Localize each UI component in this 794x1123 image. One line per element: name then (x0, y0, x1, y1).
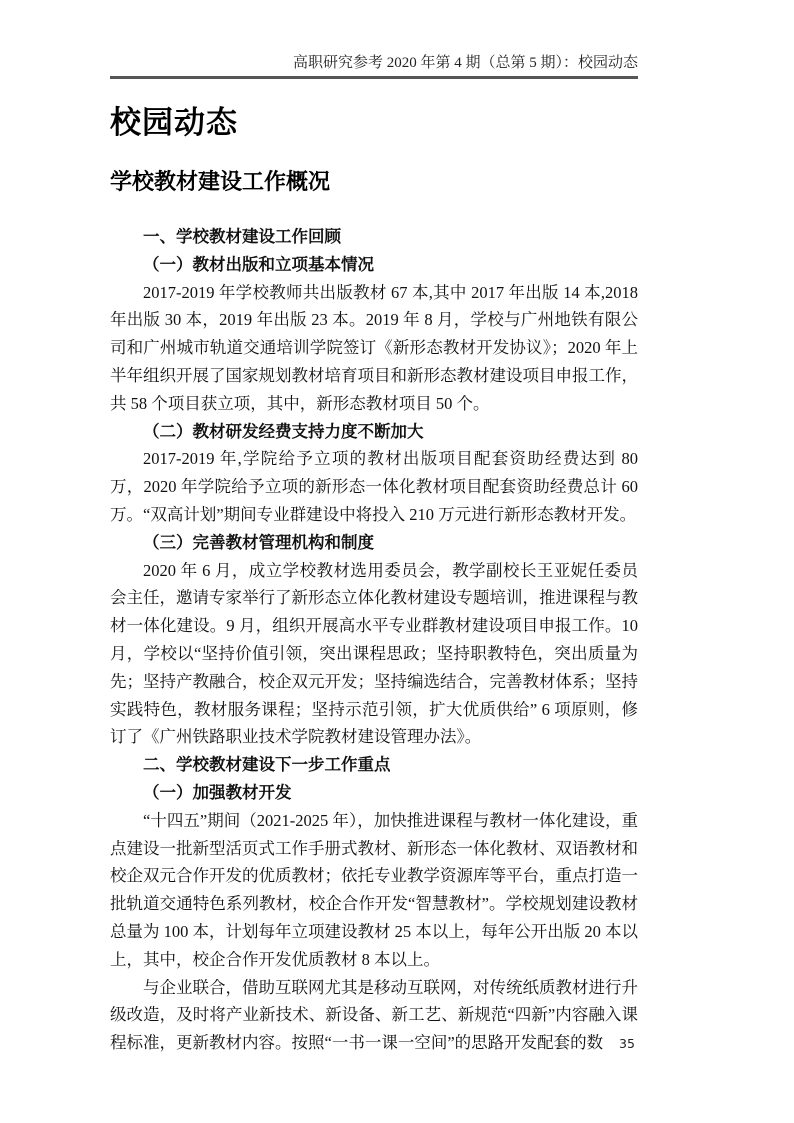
document-page: 高职研究参考 2020 年第 4 期（总第 5 期）：校园动态 校园动态 学校教… (0, 0, 794, 1123)
running-header: 高职研究参考 2020 年第 4 期（总第 5 期）：校园动态 (110, 54, 638, 79)
article-body: 一、学校教材建设工作回顾 （一）教材出版和立项基本情况 2017-2019 年学… (110, 223, 638, 1057)
heading-1-1: （一）教材出版和立项基本情况 (110, 251, 638, 279)
paragraph-publishing: 2017-2019 年学校教师共出版教材 67 本,其中 2017 年出版 14… (110, 279, 638, 418)
paragraph-enterprise: 与企业联合，借助互联网尤其是移动互联网，对传统纸质教材进行升级改造，及时将产业新… (110, 974, 638, 1057)
running-header-text: 高职研究参考 2020 年第 4 期（总第 5 期）：校园动态 (293, 55, 638, 71)
heading-1-3: （三）完善教材管理机构和制度 (110, 529, 638, 557)
paragraph-management: 2020 年 6 月，成立学校教材选用委员会，教学副校长王亚妮任委员会主任，邀请… (110, 557, 638, 752)
heading-1-2: （二）教材研发经费支持力度不断加大 (110, 418, 638, 446)
content-column: 高职研究参考 2020 年第 4 期（总第 5 期）：校园动态 校园动态 学校教… (110, 0, 638, 1057)
page-number: 35 (615, 1036, 639, 1051)
paragraph-plan: “十四五”期间（2021-2025 年），加快推进课程与教材一体化建设，重点建设… (110, 807, 638, 974)
paragraph-funding: 2017-2019 年,学院给予立项的教材出版项目配套资助经费达到 80 万，2… (110, 445, 638, 528)
heading-part-2: 二、学校教材建设下一步工作重点 (110, 751, 638, 779)
section-title: 校园动态 (110, 106, 638, 141)
heading-2-1: （一）加强教材开发 (110, 779, 638, 807)
heading-part-1: 一、学校教材建设工作回顾 (110, 223, 638, 251)
article-title: 学校教材建设工作概况 (110, 170, 638, 196)
